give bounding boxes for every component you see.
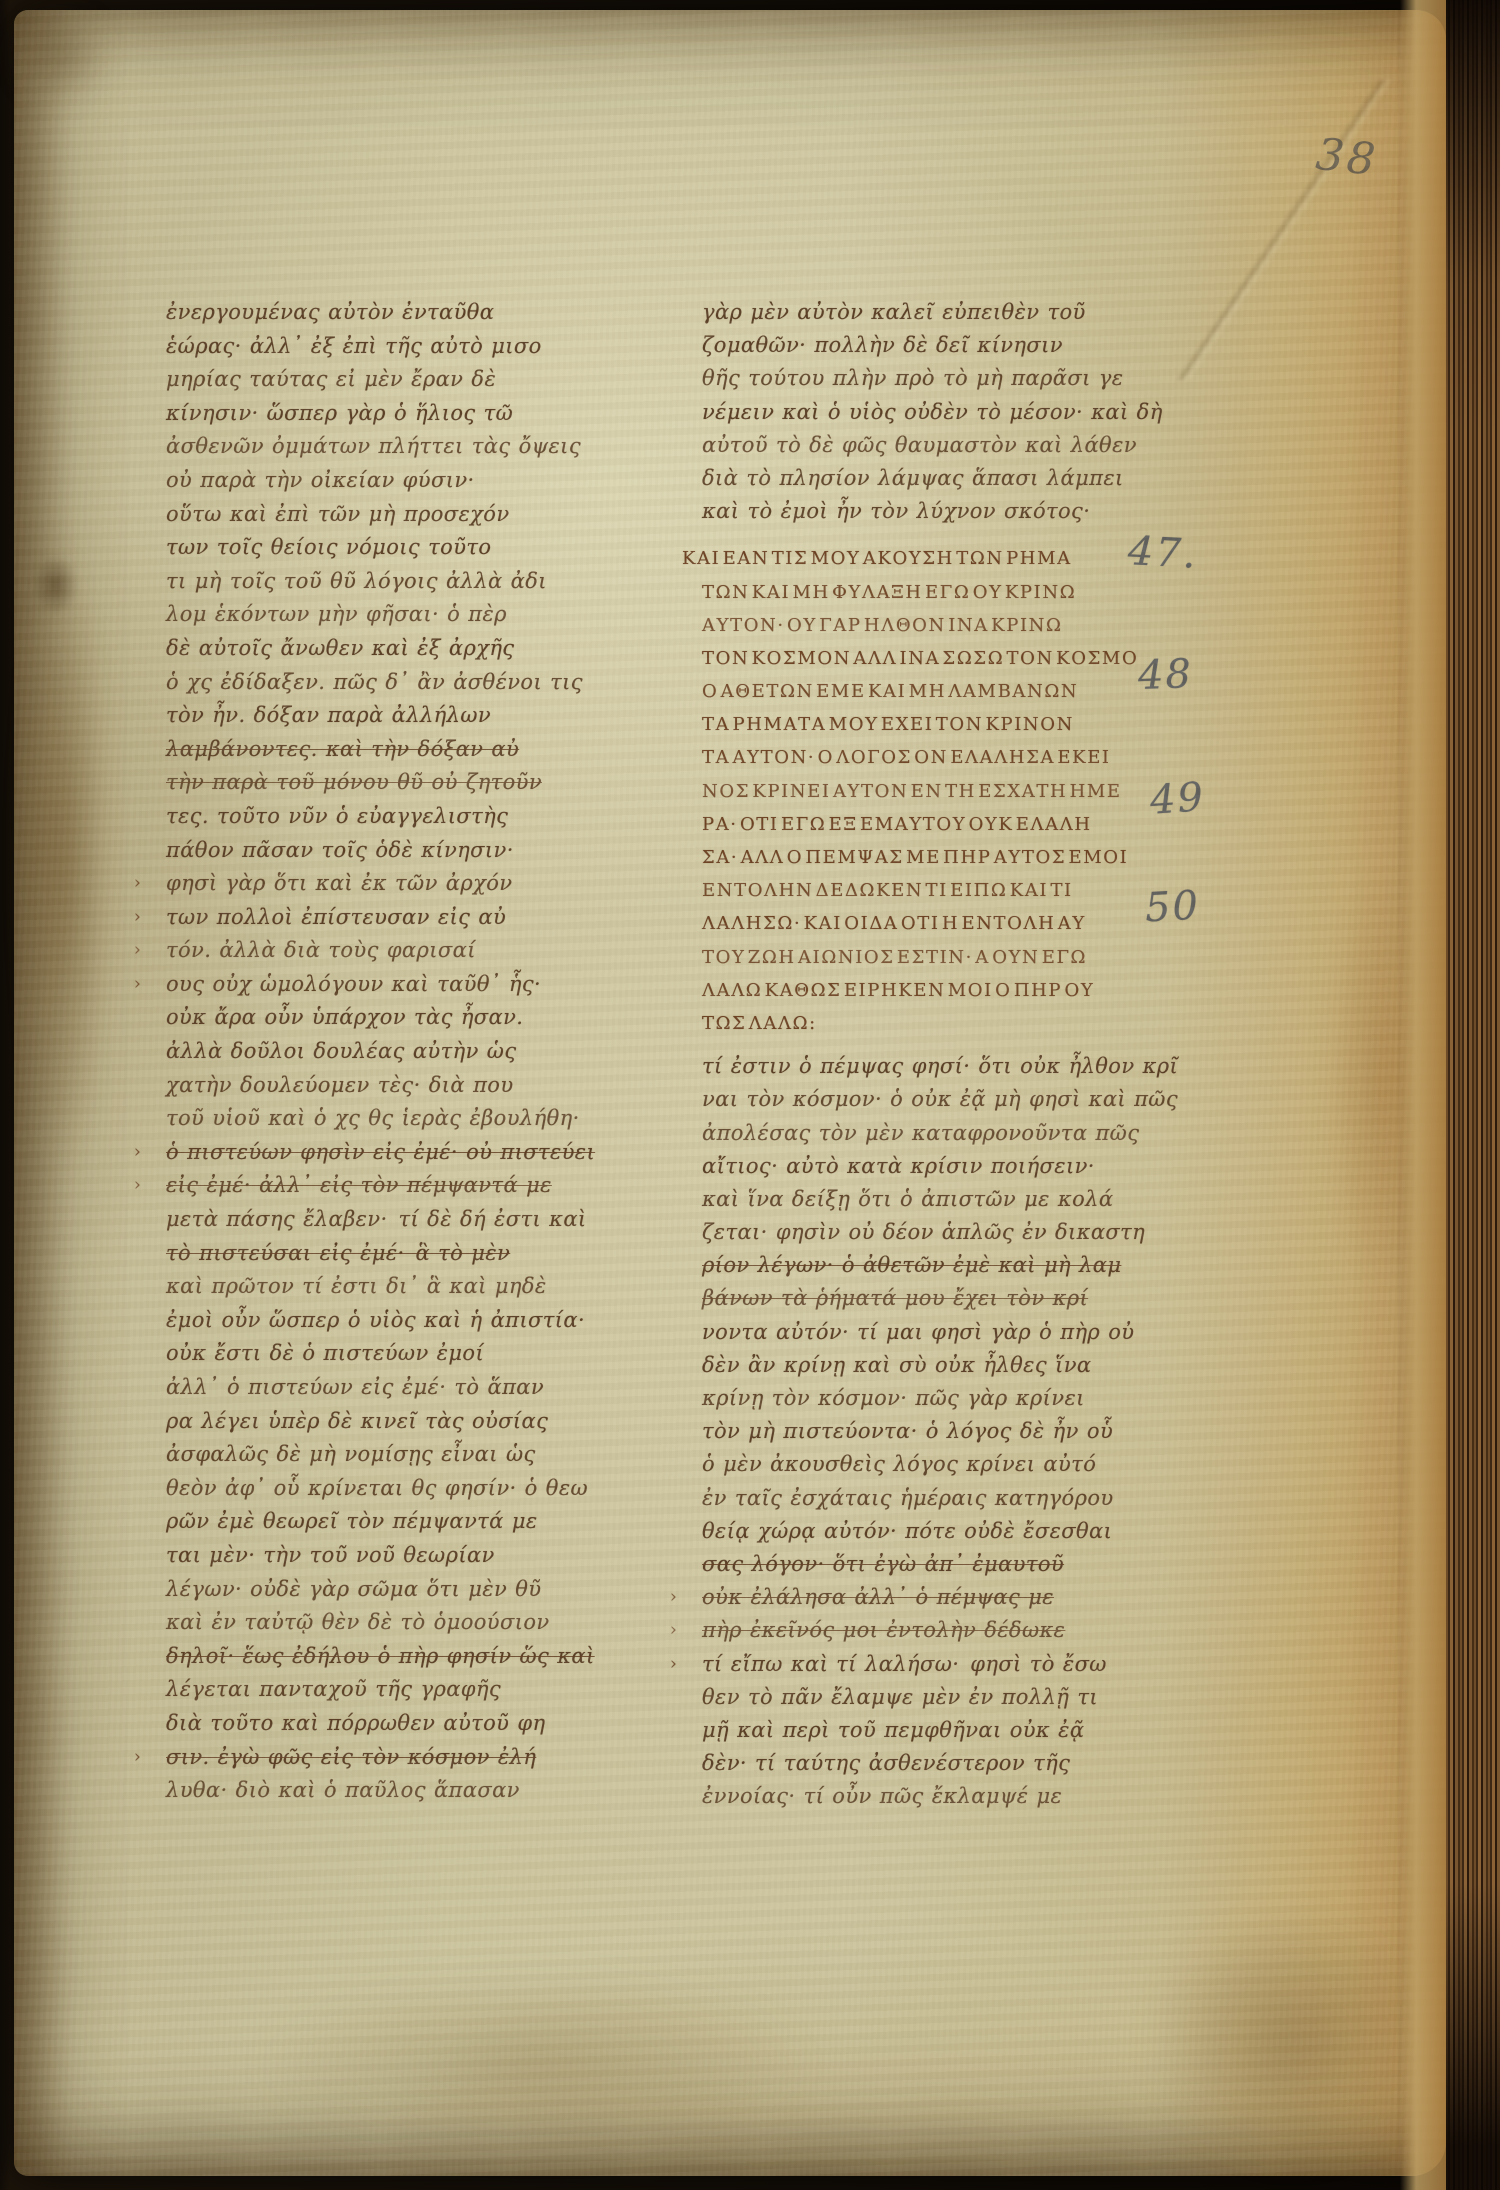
diple-quotation-mark: › bbox=[134, 867, 141, 901]
greek-text: βάνων τὰ ῥήματά μου ἔχει τὸν κρί bbox=[702, 1286, 1088, 1310]
text-line: δὲν· τί ταύτης ἀσθενέστερον τῆς bbox=[702, 1747, 1126, 1780]
text-line: ›τί εἴπω καὶ τί λαλήσω· φησὶ τὸ ἔσω bbox=[702, 1648, 1126, 1681]
greek-text: εἰς ἐμέ· ἀλλ᾽ εἰς τὸν πέμψαντά με bbox=[166, 1173, 552, 1197]
manuscript-page: 38 ἐνεργουμένας αὐτὸν ἐνταῦθαἑώρας· ἀλλ᾽… bbox=[14, 10, 1446, 2176]
text-line: ›τόν. ἀλλὰ διὰ τοὺς φαρισαί bbox=[166, 934, 570, 968]
text-line: κρίνῃ τὸν κόσμον· πῶς γὰρ κρίνει bbox=[702, 1382, 1126, 1415]
greek-text: ρῶν ἐμὲ θεωρεῖ τὸν πέμψαντά με bbox=[166, 1509, 538, 1533]
greek-text: νέμειν καὶ ὁ υἱὸς οὐδὲν τὸ μέσον· καὶ δὴ bbox=[702, 400, 1163, 424]
text-line: μηρίας ταύτας εἰ μὲν ἔραν δὲ bbox=[166, 363, 570, 397]
text-line: θεὸν ἀφ᾽ οὗ κρίνεται θς φησίν· ὁ θεω bbox=[166, 1472, 570, 1506]
greek-text: ἑώρας· ἀλλ᾽ ἐξ ἐπὶ τῆς αὐτὸ μισο bbox=[166, 334, 542, 358]
text-line: κίνησιν· ὥσπερ γὰρ ὁ ἥλιος τῶ bbox=[166, 397, 570, 431]
left-text-column: ἐνεργουμένας αὐτὸν ἐνταῦθαἑώρας· ἀλλ᾽ ἐξ… bbox=[166, 296, 570, 1808]
text-line: ὁ μὲν ἀκουσθεὶς λόγος κρίνει αὐτό bbox=[702, 1448, 1126, 1481]
greek-text: κίνησιν· ὥσπερ γὰρ ὁ ἥλιος τῶ bbox=[166, 401, 513, 425]
greek-text: λέγεται πανταχοῦ τῆς γραφῆς bbox=[166, 1677, 501, 1701]
text-line: ΤΟΝ ΚΟΣΜΟΝ ΑΛΛ ΙΝΑ ΣΩΣΩ ΤΟΝ ΚΟΣΜΟ bbox=[702, 642, 1126, 675]
greek-text: λαμβάνοντες. καὶ τὴν δόξαν αὐ bbox=[166, 737, 519, 761]
greek-text: ΕΝΤΟΛΗΝ ΔΕΔΩΚΕΝ ΤΙ ΕΙΠΩ ΚΑΙ ΤΙ bbox=[702, 880, 1073, 901]
greek-text: των πολλοὶ ἐπίστευσαν εἰς αὐ bbox=[166, 905, 506, 929]
greek-text: ΝΟΣ ΚΡΙΝΕΙ ΑΥΤΟΝ ΕΝ ΤΗ ΕΣΧΑΤΗ ΗΜΕ bbox=[702, 781, 1122, 802]
parchment-stain bbox=[16, 540, 108, 1180]
text-line: ΡΑ· ΟΤΙ ΕΓΩ ΕΞ ΕΜΑΥΤΟΥ ΟΥΚ ΕΛΑΛΗ bbox=[702, 808, 1126, 841]
greek-text: ναι τὸν κόσμον· ὁ οὐκ ἐᾷ μὴ φησὶ καὶ πῶς bbox=[702, 1087, 1178, 1111]
text-line: νέμειν καὶ ὁ υἱὸς οὐδὲν τὸ μέσον· καὶ δὴ bbox=[702, 396, 1126, 429]
greek-text: χατὴν δουλεύομεν τὲς· διὰ που bbox=[166, 1073, 514, 1097]
greek-text: αὐτοῦ τὸ δὲ φῶς θαυμαστὸν καὶ λάθεν bbox=[702, 433, 1137, 457]
greek-text: πάθον πᾶσαν τοῖς ὁδὲ κίνησιν· bbox=[166, 838, 514, 862]
greek-text: δὲν ἂν κρίνῃ καὶ σὺ οὐκ ἦλθες ἵνα bbox=[702, 1353, 1091, 1377]
text-line: ΝΟΣ ΚΡΙΝΕΙ ΑΥΤΟΝ ΕΝ ΤΗ ΕΣΧΑΤΗ ΗΜΕ bbox=[702, 775, 1126, 808]
greek-text: μηρίας ταύτας εἰ μὲν ἔραν δὲ bbox=[166, 367, 496, 391]
greek-text: ΤΩΝ ΚΑΙ ΜΗ ΦΥΛΑΞΗ ΕΓΩ ΟΥ ΚΡΙΝΩ bbox=[702, 582, 1076, 603]
text-line: ›των πολλοὶ ἐπίστευσαν εἰς αὐ bbox=[166, 901, 570, 935]
verse-number-50: 50 bbox=[1144, 883, 1201, 932]
greek-text: ΛΑΛΩ ΚΑΘΩΣ ΕΙΡΗΚΕΝ ΜΟΙ Ο ΠΗΡ ΟΥ bbox=[702, 980, 1094, 1001]
text-line: ζομαθῶν· πολλὴν δὲ δεῖ κίνησιν bbox=[702, 329, 1126, 362]
text-line: ἐνεργουμένας αὐτὸν ἐνταῦθα bbox=[166, 296, 570, 330]
text-line: νοντα αὐτόν· τί μαι φησὶ γὰρ ὁ πὴρ οὐ bbox=[702, 1316, 1126, 1349]
text-line: λέγων· οὐδὲ γὰρ σῶμα ὅτι μὲν θῦ bbox=[166, 1573, 570, 1607]
text-line: ἀσφαλῶς δὲ μὴ νομίσῃς εἶναι ὡς bbox=[166, 1438, 570, 1472]
text-line: καὶ πρῶτον τί ἐστι δι᾽ ἃ καὶ μηδὲ bbox=[166, 1270, 570, 1304]
text-line: λέγεται πανταχοῦ τῆς γραφῆς bbox=[166, 1673, 570, 1707]
greek-text: οὐκ ἄρα οὖν ὑπάρχον τὰς ἦσαν. bbox=[166, 1005, 523, 1029]
diple-quotation-mark: › bbox=[134, 1169, 141, 1203]
text-line: τι μὴ τοῖς τοῦ θῦ λόγοις ἀλλὰ ἀδι bbox=[166, 565, 570, 599]
text-line: βάνων τὰ ῥήματά μου ἔχει τὸν κρί bbox=[702, 1282, 1126, 1315]
greek-text: ται μὲν· τὴν τοῦ νοῦ θεωρίαν bbox=[166, 1543, 495, 1567]
text-line: ΛΑΛΗΣΩ· ΚΑΙ ΟΙΔΑ ΟΤΙ Η ΕΝΤΟΛΗ ΑΥ bbox=[702, 907, 1126, 940]
text-line: ναι τὸν κόσμον· ὁ οὐκ ἐᾷ μὴ φησὶ καὶ πῶς bbox=[702, 1083, 1126, 1116]
text-line: μῇ καὶ περὶ τοῦ πεμφθῆναι οὐκ ἐᾷ bbox=[702, 1714, 1126, 1747]
text-line: δὲ αὐτοῖς ἄνωθεν καὶ ἐξ ἀρχῆς bbox=[166, 632, 570, 666]
text-line: ›σιν. ἐγὼ φῶς εἰς τὸν κόσμον ἐλή bbox=[166, 1741, 570, 1775]
text-line: ζεται· φησὶν οὐ δέον ἁπλῶς ἐν δικαστη bbox=[702, 1216, 1126, 1249]
greek-text: ΤΩΣ ΛΑΛΩ: bbox=[702, 1013, 817, 1034]
greek-text: δηλοῖ· ἕως ἐδήλου ὁ πὴρ φησίν ὥς καὶ bbox=[166, 1644, 595, 1668]
greek-text: ΣΑ· ΑΛΛ Ο ΠΕΜΨΑΣ ΜΕ ΠΗΡ ΑΥΤΟΣ ΕΜΟΙ bbox=[702, 847, 1128, 868]
greek-text: τὸν ἦν. δόξαν παρὰ ἀλλήλων bbox=[166, 703, 491, 727]
text-line: ἐννοίας· τί οὖν πῶς ἔκλαμψέ με bbox=[702, 1780, 1126, 1813]
parchment-stain bbox=[32, 555, 78, 615]
text-line: ἑώρας· ἀλλ᾽ ἐξ ἐπὶ τῆς αὐτὸ μισο bbox=[166, 330, 570, 364]
text-line: ὁ χς ἐδίδαξεν. πῶς δ᾽ ἂν ἀσθένοι τις bbox=[166, 666, 570, 700]
diple-quotation-mark: › bbox=[134, 901, 141, 935]
text-line: οὕτω καὶ ἐπὶ τῶν μὴ προσεχόν bbox=[166, 498, 570, 532]
text-line: αὐτοῦ τὸ δὲ φῶς θαυμαστὸν καὶ λάθεν bbox=[702, 429, 1126, 462]
text-line: θεν τὸ πᾶν ἔλαμψε μὲν ἐν πολλῇ τι bbox=[702, 1681, 1126, 1714]
greek-text: ἀλλ᾽ ὁ πιστεύων εἰς ἐμέ· τὸ ἅπαν bbox=[166, 1375, 544, 1399]
diple-quotation-mark: › bbox=[670, 1614, 677, 1647]
greek-text: τὴν παρὰ τοῦ μόνου θῦ οὐ ζητοῦν bbox=[166, 770, 542, 794]
text-line: γὰρ μὲν αὐτὸν καλεῖ εὐπειθὲν τοῦ bbox=[702, 296, 1126, 329]
text-line: τὸ πιστεύσαι εἰς ἐμέ· ἃ τὸ μὲν bbox=[166, 1237, 570, 1271]
text-line: τες. τοῦτο νῦν ὁ εὐαγγελιστὴς bbox=[166, 800, 570, 834]
right-text-column: γὰρ μὲν αὐτὸν καλεῖ εὐπειθὲν τοῦζομαθῶν·… bbox=[702, 296, 1126, 1813]
greek-text: οὐκ ἔστι δὲ ὁ πιστεύων ἐμοί bbox=[166, 1341, 484, 1365]
text-line: ται μὲν· τὴν τοῦ νοῦ θεωρίαν bbox=[166, 1539, 570, 1573]
greek-text: οὕτω καὶ ἐπὶ τῶν μὴ προσεχόν bbox=[166, 502, 509, 526]
text-line: λυθα· διὸ καὶ ὁ παῦλος ἅπασαν bbox=[166, 1774, 570, 1808]
greek-text: ρα λέγει ὑπὲρ δὲ κινεῖ τὰς οὐσίας bbox=[166, 1409, 548, 1433]
text-line: διὰ τοῦτο καὶ πόρρωθεν αὐτοῦ φη bbox=[166, 1707, 570, 1741]
greek-text: ρίον λέγων· ὁ ἀθετῶν ἐμὲ καὶ μὴ λαμ bbox=[702, 1253, 1121, 1277]
text-line: ΑΥΤΟΝ· ΟΥ ΓΑΡ ΗΛΘΟΝ ΙΝΑ ΚΡΙΝΩ bbox=[702, 609, 1126, 642]
text-line: ΕΝΤΟΛΗΝ ΔΕΔΩΚΕΝ ΤΙ ΕΙΠΩ ΚΑΙ ΤΙ bbox=[702, 874, 1126, 907]
greek-text: σιν. ἐγὼ φῶς εἰς τὸν κόσμον ἐλή bbox=[166, 1745, 536, 1769]
greek-text: οὐκ ἐλάλησα ἀλλ᾽ ὁ πέμψας με bbox=[702, 1585, 1054, 1609]
greek-text: τοῦ υἱοῦ καὶ ὁ χς θς ἱερὰς ἐβουλήθη· bbox=[166, 1106, 580, 1130]
greek-text: δὲν· τί ταύτης ἀσθενέστερον τῆς bbox=[702, 1751, 1070, 1775]
text-line: ἐν ταῖς ἐσχάταις ἡμέραις κατηγόρου bbox=[702, 1482, 1126, 1515]
text-line: διὰ τὸ πλησίον λάμψας ἅπασι λάμπει bbox=[702, 462, 1126, 495]
diple-quotation-mark: › bbox=[134, 934, 141, 968]
greek-text: των τοῖς θείοις νόμοις τοῦτο bbox=[166, 535, 491, 559]
greek-text: ἐμοὶ οὖν ὥσπερ ὁ υἱὸς καὶ ἡ ἀπιστία· bbox=[166, 1308, 585, 1332]
text-line: ΤΑ ΑΥΤΟΝ· Ο ΛΟΓΟΣ ΟΝ ΕΛΑΛΗΣΑ ΕΚΕΙ bbox=[702, 741, 1126, 774]
text-line: οὐκ ἄρα οὖν ὑπάρχον τὰς ἦσαν. bbox=[166, 1001, 570, 1035]
book-fore-edge-pages bbox=[1446, 0, 1500, 2190]
greek-text: ὁ πιστεύων φησὶν εἰς ἐμέ· οὐ πιστεύει bbox=[166, 1140, 595, 1164]
greek-text: θείᾳ χώρᾳ αὐτόν· πότε οὐδὲ ἔσεσθαι bbox=[702, 1519, 1112, 1543]
text-line: ρα λέγει ὑπὲρ δὲ κινεῖ τὰς οὐσίας bbox=[166, 1405, 570, 1439]
text-line: δὲν ἂν κρίνῃ καὶ σὺ οὐκ ἦλθες ἵνα bbox=[702, 1349, 1126, 1382]
text-line: ΛΑΛΩ ΚΑΘΩΣ ΕΙΡΗΚΕΝ ΜΟΙ Ο ΠΗΡ ΟΥ bbox=[702, 974, 1126, 1007]
greek-text: ὁ μὲν ἀκουσθεὶς λόγος κρίνει αὐτό bbox=[702, 1452, 1096, 1476]
text-line: ›ὁ πιστεύων φησὶν εἰς ἐμέ· οὐ πιστεύει bbox=[166, 1136, 570, 1170]
text-line: ΣΑ· ΑΛΛ Ο ΠΕΜΨΑΣ ΜΕ ΠΗΡ ΑΥΤΟΣ ΕΜΟΙ bbox=[702, 841, 1126, 874]
text-line: ἀσθενῶν ὀμμάτων πλήττει τὰς ὄψεις bbox=[166, 430, 570, 464]
greek-text: νοντα αὐτόν· τί μαι φησὶ γὰρ ὁ πὴρ οὐ bbox=[702, 1320, 1134, 1344]
greek-text: φησὶ γὰρ ὅτι καὶ ἐκ τῶν ἀρχόν bbox=[166, 871, 512, 895]
text-line: θῆς τούτου πλὴν πρὸ τὸ μὴ παρᾶσι γε bbox=[702, 362, 1126, 395]
greek-text: σας λόγον· ὅτι ἐγὼ ἀπ᾽ ἐμαυτοῦ bbox=[702, 1552, 1064, 1576]
text-line: ΚΑΙ ΕΑΝ ΤΙΣ ΜΟΥ ΑΚΟΥΣΗ ΤΩΝ ΡΗΜΑ bbox=[682, 542, 1126, 575]
text-line: οὐκ ἔστι δὲ ὁ πιστεύων ἐμοί bbox=[166, 1337, 570, 1371]
text-line: σας λόγον· ὅτι ἐγὼ ἀπ᾽ ἐμαυτοῦ bbox=[702, 1548, 1126, 1581]
greek-text: τί ἐστιν ὁ πέμψας φησί· ὅτι οὐκ ἦλθον κρ… bbox=[702, 1054, 1178, 1078]
greek-text: διὰ τοῦτο καὶ πόρρωθεν αὐτοῦ φη bbox=[166, 1711, 546, 1735]
photo-background: 38 ἐνεργουμένας αὐτὸν ἐνταῦθαἑώρας· ἀλλ᾽… bbox=[0, 0, 1500, 2190]
verse-number-48: 48 bbox=[1137, 651, 1193, 699]
greek-text: ους οὐχ ὡμολόγουν καὶ ταῦθ᾽ ἧς· bbox=[166, 972, 541, 996]
text-line: λαμβάνοντες. καὶ τὴν δόξαν αὐ bbox=[166, 733, 570, 767]
greek-text: λομ ἑκόντων μὴν φῆσαι· ὁ πὲρ bbox=[166, 602, 507, 626]
greek-text: θεν τὸ πᾶν ἔλαμψε μὲν ἐν πολλῇ τι bbox=[702, 1685, 1098, 1709]
diple-quotation-mark: › bbox=[670, 1581, 677, 1614]
text-line: τοῦ υἱοῦ καὶ ὁ χς θς ἱερὰς ἐβουλήθη· bbox=[166, 1102, 570, 1136]
text-line: καὶ ἐν ταὐτῷ θὲν δὲ τὸ ὁμοούσιον bbox=[166, 1606, 570, 1640]
greek-text: ΡΑ· ΟΤΙ ΕΓΩ ΕΞ ΕΜΑΥΤΟΥ ΟΥΚ ΕΛΑΛΗ bbox=[702, 814, 1092, 835]
page-edge-band bbox=[1400, 0, 1446, 2190]
text-line: Ο ΑΘΕΤΩΝ ΕΜΕ ΚΑΙ ΜΗ ΛΑΜΒΑΝΩΝ bbox=[702, 675, 1126, 708]
greek-text: δὲ αὐτοῖς ἄνωθεν καὶ ἐξ ἀρχῆς bbox=[166, 636, 514, 660]
greek-text: ΤΑ ΑΥΤΟΝ· Ο ΛΟΓΟΣ ΟΝ ΕΛΑΛΗΣΑ ΕΚΕΙ bbox=[702, 747, 1111, 768]
greek-text: τί εἴπω καὶ τί λαλήσω· φησὶ τὸ ἔσω bbox=[702, 1652, 1107, 1676]
greek-text: πὴρ ἐκεῖνός μοι ἐντολὴν δέδωκε bbox=[702, 1618, 1065, 1642]
text-line: χατὴν δουλεύομεν τὲς· διὰ που bbox=[166, 1069, 570, 1103]
text-line: ›πὴρ ἐκεῖνός μοι ἐντολὴν δέδωκε bbox=[702, 1614, 1126, 1647]
greek-text: τὸν μὴ πιστεύοντα· ὁ λόγος δὲ ἦν οὗ bbox=[702, 1419, 1113, 1443]
greek-text: τι μὴ τοῖς τοῦ θῦ λόγοις ἀλλὰ ἀδι bbox=[166, 569, 547, 593]
text-line: μετὰ πάσης ἔλαβεν· τί δὲ δή ἐστι καὶ bbox=[166, 1203, 570, 1237]
greek-text: κρίνῃ τὸν κόσμον· πῶς γὰρ κρίνει bbox=[702, 1386, 1085, 1410]
verse-number-49: 49 bbox=[1148, 774, 1206, 824]
text-line: ἀπολέσας τὸν μὲν καταφρονοῦντα πῶς bbox=[702, 1117, 1126, 1150]
text-line: ἀλλὰ δοῦλοι δουλέας αὐτὴν ὡς bbox=[166, 1035, 570, 1069]
folio-number: 38 bbox=[1314, 129, 1381, 186]
greek-text: λυθα· διὸ καὶ ὁ παῦλος ἅπασαν bbox=[166, 1778, 520, 1802]
greek-text: ἀσθενῶν ὀμμάτων πλήττει τὰς ὄψεις bbox=[166, 434, 581, 458]
text-line: ΤΑ ΡΗΜΑΤΑ ΜΟΥ ΕΧΕΙ ΤΟΝ ΚΡΙΝΟΝ bbox=[702, 708, 1126, 741]
text-line: των τοῖς θείοις νόμοις τοῦτο bbox=[166, 531, 570, 565]
greek-text: αἴτιος· αὐτὸ κατὰ κρίσιν ποιήσειν· bbox=[702, 1154, 1095, 1178]
greek-text: θῆς τούτου πλὴν πρὸ τὸ μὴ παρᾶσι γε bbox=[702, 366, 1123, 390]
diple-quotation-mark: › bbox=[134, 1136, 141, 1170]
greek-text: ἐνεργουμένας αὐτὸν ἐνταῦθα bbox=[166, 300, 494, 324]
text-line: δηλοῖ· ἕως ἐδήλου ὁ πὴρ φησίν ὥς καὶ bbox=[166, 1640, 570, 1674]
text-line: τὴν παρὰ τοῦ μόνου θῦ οὐ ζητοῦν bbox=[166, 766, 570, 800]
greek-text: τὸ πιστεύσαι εἰς ἐμέ· ἃ τὸ μὲν bbox=[166, 1241, 510, 1265]
text-line: ›εἰς ἐμέ· ἀλλ᾽ εἰς τὸν πέμψαντά με bbox=[166, 1169, 570, 1203]
text-line: οὐ παρὰ τὴν οἰκείαν φύσιν· bbox=[166, 464, 570, 498]
text-line: ›ους οὐχ ὡμολόγουν καὶ ταῦθ᾽ ἧς· bbox=[166, 968, 570, 1002]
text-line: ΤΟΥ ΖΩΗ ΑΙΩΝΙΟΣ ΕΣΤΙΝ· Α ΟΥΝ ΕΓΩ bbox=[702, 941, 1126, 974]
text-line: τὸν ἦν. δόξαν παρὰ ἀλλήλων bbox=[166, 699, 570, 733]
greek-text: τες. τοῦτο νῦν ὁ εὐαγγελιστὴς bbox=[166, 804, 508, 828]
text-line: ρίον λέγων· ὁ ἀθετῶν ἐμὲ καὶ μὴ λαμ bbox=[702, 1249, 1126, 1282]
greek-text: ἀλλὰ δοῦλοι δουλέας αὐτὴν ὡς bbox=[166, 1039, 517, 1063]
greek-text: ΤΟΥ ΖΩΗ ΑΙΩΝΙΟΣ ΕΣΤΙΝ· Α ΟΥΝ ΕΓΩ bbox=[702, 947, 1087, 968]
greek-text: ΛΑΛΗΣΩ· ΚΑΙ ΟΙΔΑ ΟΤΙ Η ΕΝΤΟΛΗ ΑΥ bbox=[702, 913, 1086, 934]
greek-text: ἀσφαλῶς δὲ μὴ νομίσῃς εἶναι ὡς bbox=[166, 1442, 536, 1466]
verse-number-47: 47. bbox=[1127, 528, 1199, 578]
text-line: λομ ἑκόντων μὴν φῆσαι· ὁ πὲρ bbox=[166, 598, 570, 632]
parchment-stain bbox=[14, 10, 274, 240]
text-line: πάθον πᾶσαν τοῖς ὁδὲ κίνησιν· bbox=[166, 834, 570, 868]
greek-text: ΤΑ ΡΗΜΑΤΑ ΜΟΥ ΕΧΕΙ ΤΟΝ ΚΡΙΝΟΝ bbox=[702, 714, 1074, 735]
greek-text: θεὸν ἀφ᾽ οὗ κρίνεται θς φησίν· ὁ θεω bbox=[166, 1476, 588, 1500]
greek-text: Ο ΑΘΕΤΩΝ ΕΜΕ ΚΑΙ ΜΗ ΛΑΜΒΑΝΩΝ bbox=[702, 681, 1078, 702]
greek-text: ζομαθῶν· πολλὴν δὲ δεῖ κίνησιν bbox=[702, 333, 1063, 357]
greek-text: καὶ πρῶτον τί ἐστι δι᾽ ἃ καὶ μηδὲ bbox=[166, 1274, 547, 1298]
greek-text: μετὰ πάσης ἔλαβεν· τί δὲ δή ἐστι καὶ bbox=[166, 1207, 587, 1231]
greek-text: ΤΟΝ ΚΟΣΜΟΝ ΑΛΛ ΙΝΑ ΣΩΣΩ ΤΟΝ ΚΟΣΜΟ bbox=[702, 648, 1138, 669]
greek-text: ὁ χς ἐδίδαξεν. πῶς δ᾽ ἂν ἀσθένοι τις bbox=[166, 670, 583, 694]
greek-text: ἀπολέσας τὸν μὲν καταφρονοῦντα πῶς bbox=[702, 1121, 1139, 1145]
diple-quotation-mark: › bbox=[134, 1741, 141, 1775]
text-line: τί ἐστιν ὁ πέμψας φησί· ὅτι οὐκ ἦλθον κρ… bbox=[702, 1050, 1126, 1083]
greek-text: λέγων· οὐδὲ γὰρ σῶμα ὅτι μὲν θῦ bbox=[166, 1577, 541, 1601]
greek-text: οὐ παρὰ τὴν οἰκείαν φύσιν· bbox=[166, 468, 475, 492]
greek-text: ΑΥΤΟΝ· ΟΥ ΓΑΡ ΗΛΘΟΝ ΙΝΑ ΚΡΙΝΩ bbox=[702, 615, 1063, 636]
diple-quotation-mark: › bbox=[134, 968, 141, 1002]
greek-text: γὰρ μὲν αὐτὸν καλεῖ εὐπειθὲν τοῦ bbox=[702, 300, 1086, 324]
text-line: ἐμοὶ οὖν ὥσπερ ὁ υἱὸς καὶ ἡ ἀπιστία· bbox=[166, 1304, 570, 1338]
greek-text: τόν. ἀλλὰ διὰ τοὺς φαρισαί bbox=[166, 938, 476, 962]
diple-quotation-mark: › bbox=[670, 1648, 677, 1681]
text-line: τὸν μὴ πιστεύοντα· ὁ λόγος δὲ ἦν οὗ bbox=[702, 1415, 1126, 1448]
text-line: καὶ ἵνα δείξῃ ὅτι ὁ ἀπιστῶν με κολά bbox=[702, 1183, 1126, 1216]
text-line: ›οὐκ ἐλάλησα ἀλλ᾽ ὁ πέμψας με bbox=[702, 1581, 1126, 1614]
text-line: ΤΩΝ ΚΑΙ ΜΗ ΦΥΛΑΞΗ ΕΓΩ ΟΥ ΚΡΙΝΩ bbox=[702, 576, 1126, 609]
greek-text: διὰ τὸ πλησίον λάμψας ἅπασι λάμπει bbox=[702, 466, 1124, 490]
text-line: ρῶν ἐμὲ θεωρεῖ τὸν πέμψαντά με bbox=[166, 1505, 570, 1539]
text-line: αἴτιος· αὐτὸ κατὰ κρίσιν ποιήσειν· bbox=[702, 1150, 1126, 1183]
greek-text: ἐννοίας· τί οὖν πῶς ἔκλαμψέ με bbox=[702, 1784, 1062, 1808]
greek-text: καὶ τὸ ἐμοὶ ἦν τὸν λύχνον σκότος· bbox=[702, 499, 1090, 523]
greek-text: ἐν ταῖς ἐσχάταις ἡμέραις κατηγόρου bbox=[702, 1486, 1114, 1510]
greek-text: μῇ καὶ περὶ τοῦ πεμφθῆναι οὐκ ἐᾷ bbox=[702, 1718, 1084, 1742]
text-line: ›φησὶ γὰρ ὅτι καὶ ἐκ τῶν ἀρχόν bbox=[166, 867, 570, 901]
text-line: ΤΩΣ ΛΑΛΩ: bbox=[702, 1007, 1126, 1040]
parchment-stain bbox=[254, 1970, 814, 2160]
greek-text: καὶ ἵνα δείξῃ ὅτι ὁ ἀπιστῶν με κολά bbox=[702, 1187, 1113, 1211]
greek-text: ζεται· φησὶν οὐ δέον ἁπλῶς ἐν δικαστη bbox=[702, 1220, 1145, 1244]
text-line: θείᾳ χώρᾳ αὐτόν· πότε οὐδὲ ἔσεσθαι bbox=[702, 1515, 1126, 1548]
text-line: καὶ τὸ ἐμοὶ ἦν τὸν λύχνον σκότος· bbox=[702, 495, 1126, 528]
parchment-stain bbox=[1144, 1910, 1444, 2170]
text-line: ἀλλ᾽ ὁ πιστεύων εἰς ἐμέ· τὸ ἅπαν bbox=[166, 1371, 570, 1405]
greek-text: ΚΑΙ ΕΑΝ ΤΙΣ ΜΟΥ ΑΚΟΥΣΗ ΤΩΝ ΡΗΜΑ bbox=[682, 548, 1072, 569]
greek-text: καὶ ἐν ταὐτῷ θὲν δὲ τὸ ὁμοούσιον bbox=[166, 1610, 550, 1634]
